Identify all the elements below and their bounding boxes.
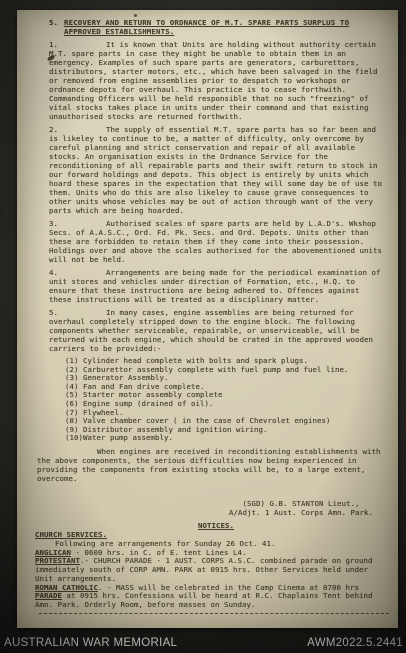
section-heading: 5. RECOVERY AND RETURN TO ORDNANCE OF M.…	[49, 18, 383, 36]
section-number: 5.	[49, 18, 64, 36]
closing-paragraph: When engines are received in recondition…	[37, 447, 383, 483]
typed-divider-line	[39, 613, 389, 614]
paragraph-5: 5.In many cases, engine assemblies are b…	[49, 308, 383, 353]
entry-text: .- CHURCH PARADE - 1 AUST. CORPS A.S.C. …	[35, 556, 372, 582]
archive-name: AUSTRALIAN WAR MEMORIAL	[4, 637, 177, 649]
notices-title: NOTICES.	[49, 521, 383, 530]
denomination-label: PROTESTANT	[35, 556, 80, 565]
denomination-label: ROMAN CATHOLIC	[35, 583, 98, 592]
church-entry-roman-catholic: ROMAN CATHOLIC. - MASS will be celebrate…	[35, 584, 383, 610]
archive-footer: AUSTRALIAN WAR MEMORIAL AWM2022.5.2441	[4, 637, 403, 649]
archive-id: AWM2022.5.2441	[307, 637, 403, 649]
signature-line-1: (SGD) G.B. STANTON Lieut.,	[225, 499, 377, 508]
paragraph-4: 4.Arrangements are being made for the pe…	[49, 268, 383, 304]
paragraph-number: 3.	[49, 219, 58, 228]
paragraph-text: The supply of essential M.T. spare parts…	[49, 125, 382, 215]
paragraph-1: 1.It is known that Units are holding wit…	[49, 40, 383, 121]
photo-background: 5. RECOVERY AND RETURN TO ORDNANCE OF M.…	[0, 0, 406, 653]
component-list: (1) Cylinder head complete with bolts an…	[65, 357, 383, 443]
paragraph-number: 4.	[49, 268, 58, 277]
section-heading-text: RECOVERY AND RETURN TO ORDNANCE OF M.T. …	[64, 18, 360, 36]
signature-block: (SGD) G.B. STANTON Lieut., A/Adjt. 1 Aus…	[225, 499, 377, 517]
paragraph-number: 1.	[49, 40, 58, 49]
paragraph-text: It is known that Units are holding witho…	[49, 40, 377, 121]
entry-text: - 0600 hrs. in C. of E. tent Lines L4.	[71, 548, 246, 557]
paragraph-number: 5.	[49, 308, 58, 317]
denomination-label: ANGLICAN	[35, 548, 71, 557]
entry-text-underlined: PARADE	[35, 591, 62, 600]
paragraph-text: Arrangements are being made for the peri…	[49, 268, 380, 304]
church-services-section: CHURCH SERVICES. Following are arrangeme…	[35, 531, 383, 609]
list-item: (10)Water pump assembly.	[65, 434, 383, 443]
entry-text: at 0915 hrs. Confessions will be heard a…	[35, 591, 372, 609]
paper-speck	[134, 14, 137, 17]
signature-line-2: A/Adjt. 1 Aust. Corps Amn. Park.	[225, 508, 377, 517]
paragraph-number: 2.	[49, 125, 58, 134]
entry-text: . - MASS will be celebrated in the Camp …	[98, 583, 359, 592]
paragraph-2: 2.The supply of essential M.T. spare par…	[49, 125, 383, 215]
paragraph-text: Authorised scales of spare parts are hel…	[49, 219, 382, 264]
document-page: 5. RECOVERY AND RETURN TO ORDNANCE OF M.…	[17, 10, 398, 628]
paragraph-3: 3.Authorised scales of spare parts are h…	[49, 219, 383, 264]
paragraph-text: In many cases, engine assemblies are bei…	[49, 308, 373, 353]
church-entry-protestant: PROTESTANT.- CHURCH PARADE - 1 AUST. COR…	[35, 557, 383, 583]
document-body: 5. RECOVERY AND RETURN TO ORDNANCE OF M.…	[49, 18, 383, 614]
